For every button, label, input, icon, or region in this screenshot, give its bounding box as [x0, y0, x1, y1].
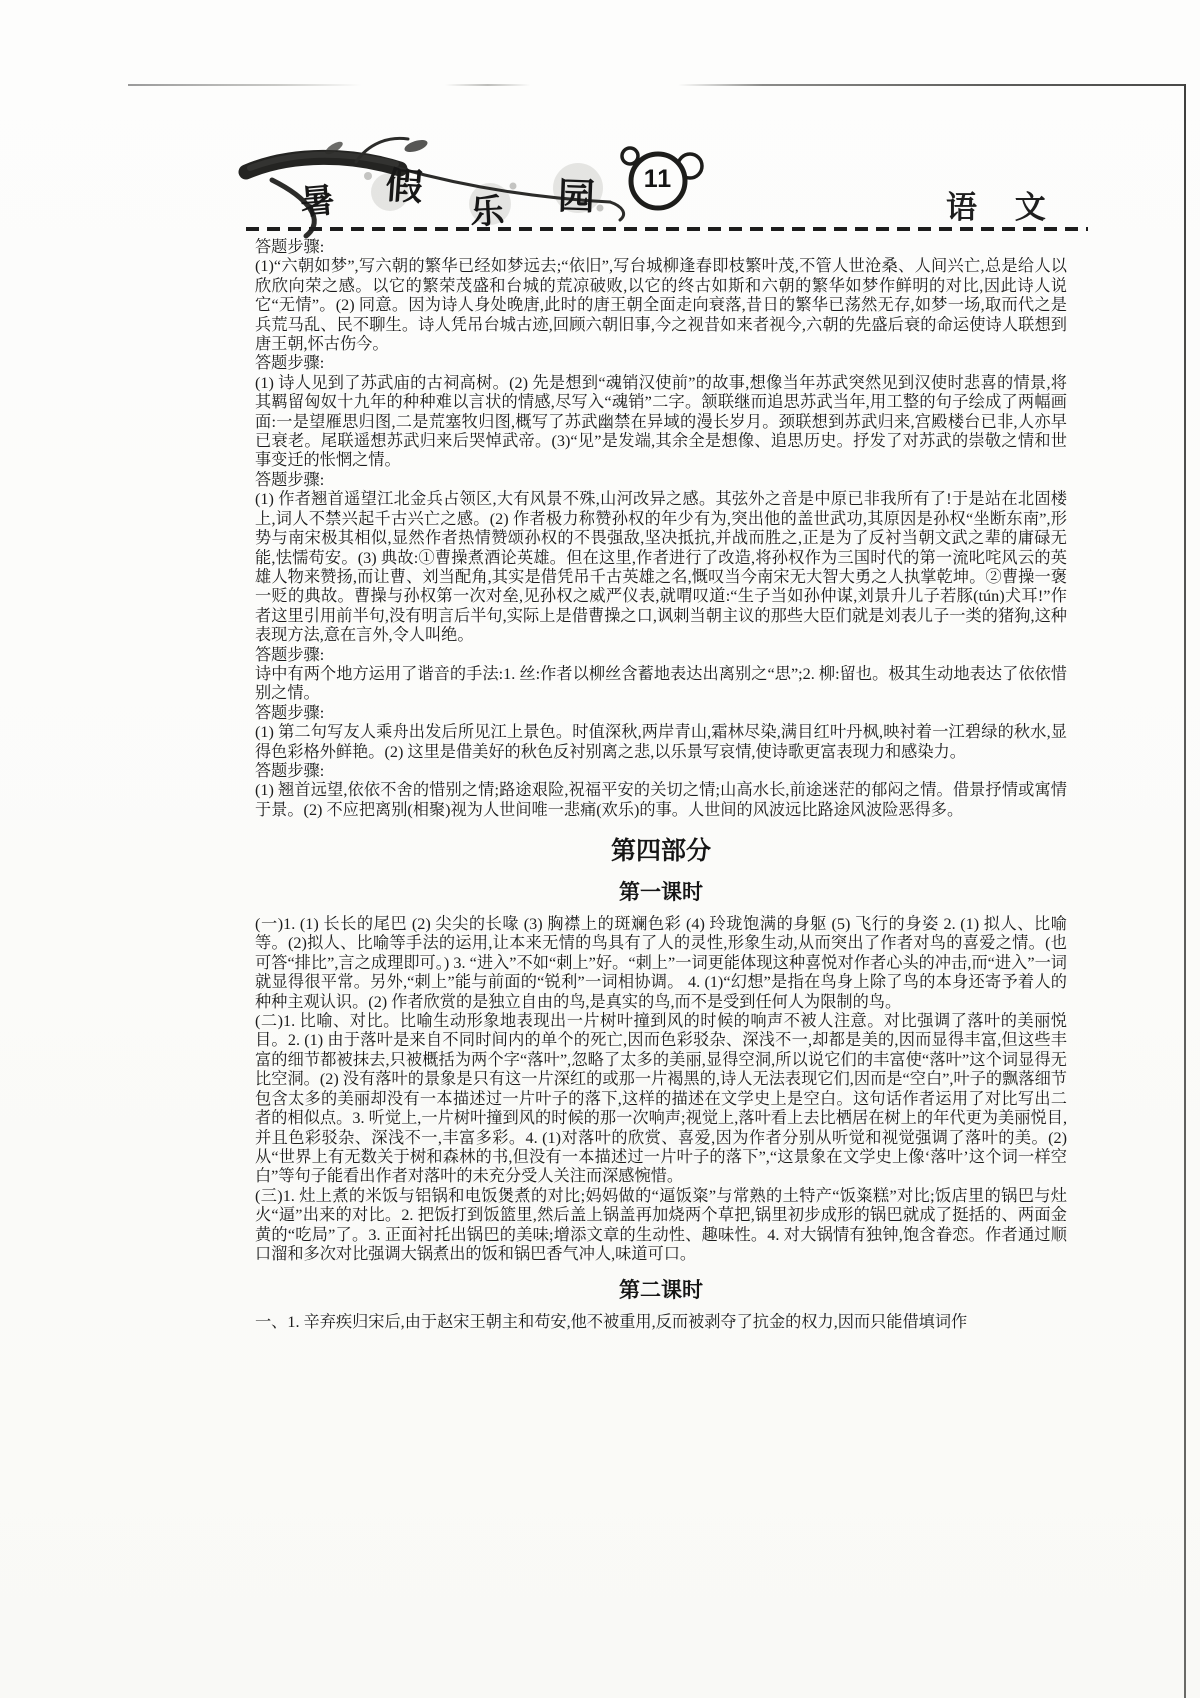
answer-step-label: 答题步骤: [255, 762, 1067, 781]
answer-body: (1) 作者翘首遥望江北金兵占领区,大有风景不殊,山河改异之感。其弦外之音是中原… [255, 490, 1067, 645]
answer-step-label: 答题步骤: [255, 704, 1067, 723]
logo-char-jia: 假 [384, 155, 425, 211]
answer-step-label: 答题步骤: [255, 471, 1067, 490]
answer-body: 诗中有两个地方运用了谐音的手法:1. 丝:作者以柳丝含蓄地表达出离别之“思”;2… [255, 665, 1067, 704]
lesson-one-heading: 第一课时 [255, 881, 1067, 904]
answer-block: 答题步骤: (1)“六朝如梦”,写六朝的繁华已经如梦远去;“依旧”,写台城柳逢春… [255, 238, 1067, 354]
answer-body: (1) 翘首远望,依依不舍的惜别之情;路途艰险,祝福平安的关切之情;山高水长,前… [255, 781, 1067, 820]
answer-content: 答题步骤: (1)“六朝如梦”,写六朝的繁华已经如梦远去;“依旧”,写台城柳逢春… [255, 238, 1067, 1333]
summer-fun-park-logo: 暑 假 乐 园 [238, 126, 642, 242]
answer-step-label: 答题步骤: [255, 238, 1067, 257]
subject-label: 语 文 [946, 182, 1061, 227]
lesson-one-answer-paragraph: (二)1. 比喻、对比。比喻生动形象地表现出一片树叶撞到风的时候的响声不被人注意… [255, 1012, 1067, 1187]
answer-step-label: 答题步骤: [255, 646, 1067, 665]
lesson-two-heading: 第二课时 [255, 1279, 1067, 1302]
lesson-one-answer-paragraph: (一)1. (1) 长长的尾巴 (2) 尖尖的长喙 (3) 胸襟上的斑斓色彩 (… [255, 915, 1067, 1012]
logo-char-shu: 暑 [298, 173, 336, 225]
answer-body: (1) 诗人见到了苏武庙的古祠高树。(2) 先是想到“魂销汉使前”的故事,想像当… [255, 374, 1067, 471]
scanned-answer-page: 暑 假 乐 园 11 语 文 答题步骤: (1)“六朝如梦”,写六朝的繁华已经如… [0, 0, 1200, 1698]
page-right-border [1184, 84, 1186, 1698]
part-four-heading: 第四部分 [255, 837, 1067, 866]
lesson-two-answer-paragraph: 一、1. 辛弃疾归宋后,由于赵宋王朝主和苟安,他不被重用,反而被剥夺了抗金的权力… [255, 1313, 1067, 1332]
answer-step-label: 答题步骤: [255, 354, 1067, 373]
answer-block: 答题步骤: (1) 作者翘首遥望江北金兵占领区,大有风景不殊,山河改异之感。其弦… [255, 471, 1067, 646]
answer-body: (1)“六朝如梦”,写六朝的繁华已经如梦远去;“依旧”,写台城柳逢春即枝繁叶茂,… [255, 257, 1067, 354]
page-top-border [128, 84, 1186, 86]
logo-char-yuan: 园 [557, 165, 596, 220]
dashed-divider [246, 227, 1088, 231]
page-number: 11 [640, 165, 676, 194]
answer-block: 答题步骤: (1) 翘首远望,依依不舍的惜别之情;路途艰险,祝福平安的关切之情;… [255, 762, 1067, 820]
answer-block: 答题步骤: (1) 诗人见到了苏武庙的古祠高树。(2) 先是想到“魂销汉使前”的… [255, 354, 1067, 470]
page-number-badge: 11 [615, 140, 707, 216]
lesson-one-answer-paragraph: (三)1. 灶上煮的米饭与铝锅和电饭煲煮的对比;妈妈做的“逼饭粢”与常熟的土特产… [255, 1187, 1067, 1265]
answer-block: 答题步骤: 诗中有两个地方运用了谐音的手法:1. 丝:作者以柳丝含蓄地表达出离别… [255, 646, 1067, 704]
answer-body: (1) 第二句写友人乘舟出发后所见江上景色。时值深秋,两岸青山,霜林尽染,满目红… [255, 723, 1067, 762]
answer-block: 答题步骤: (1) 第二句写友人乘舟出发后所见江上景色。时值深秋,两岸青山,霜林… [255, 704, 1067, 762]
